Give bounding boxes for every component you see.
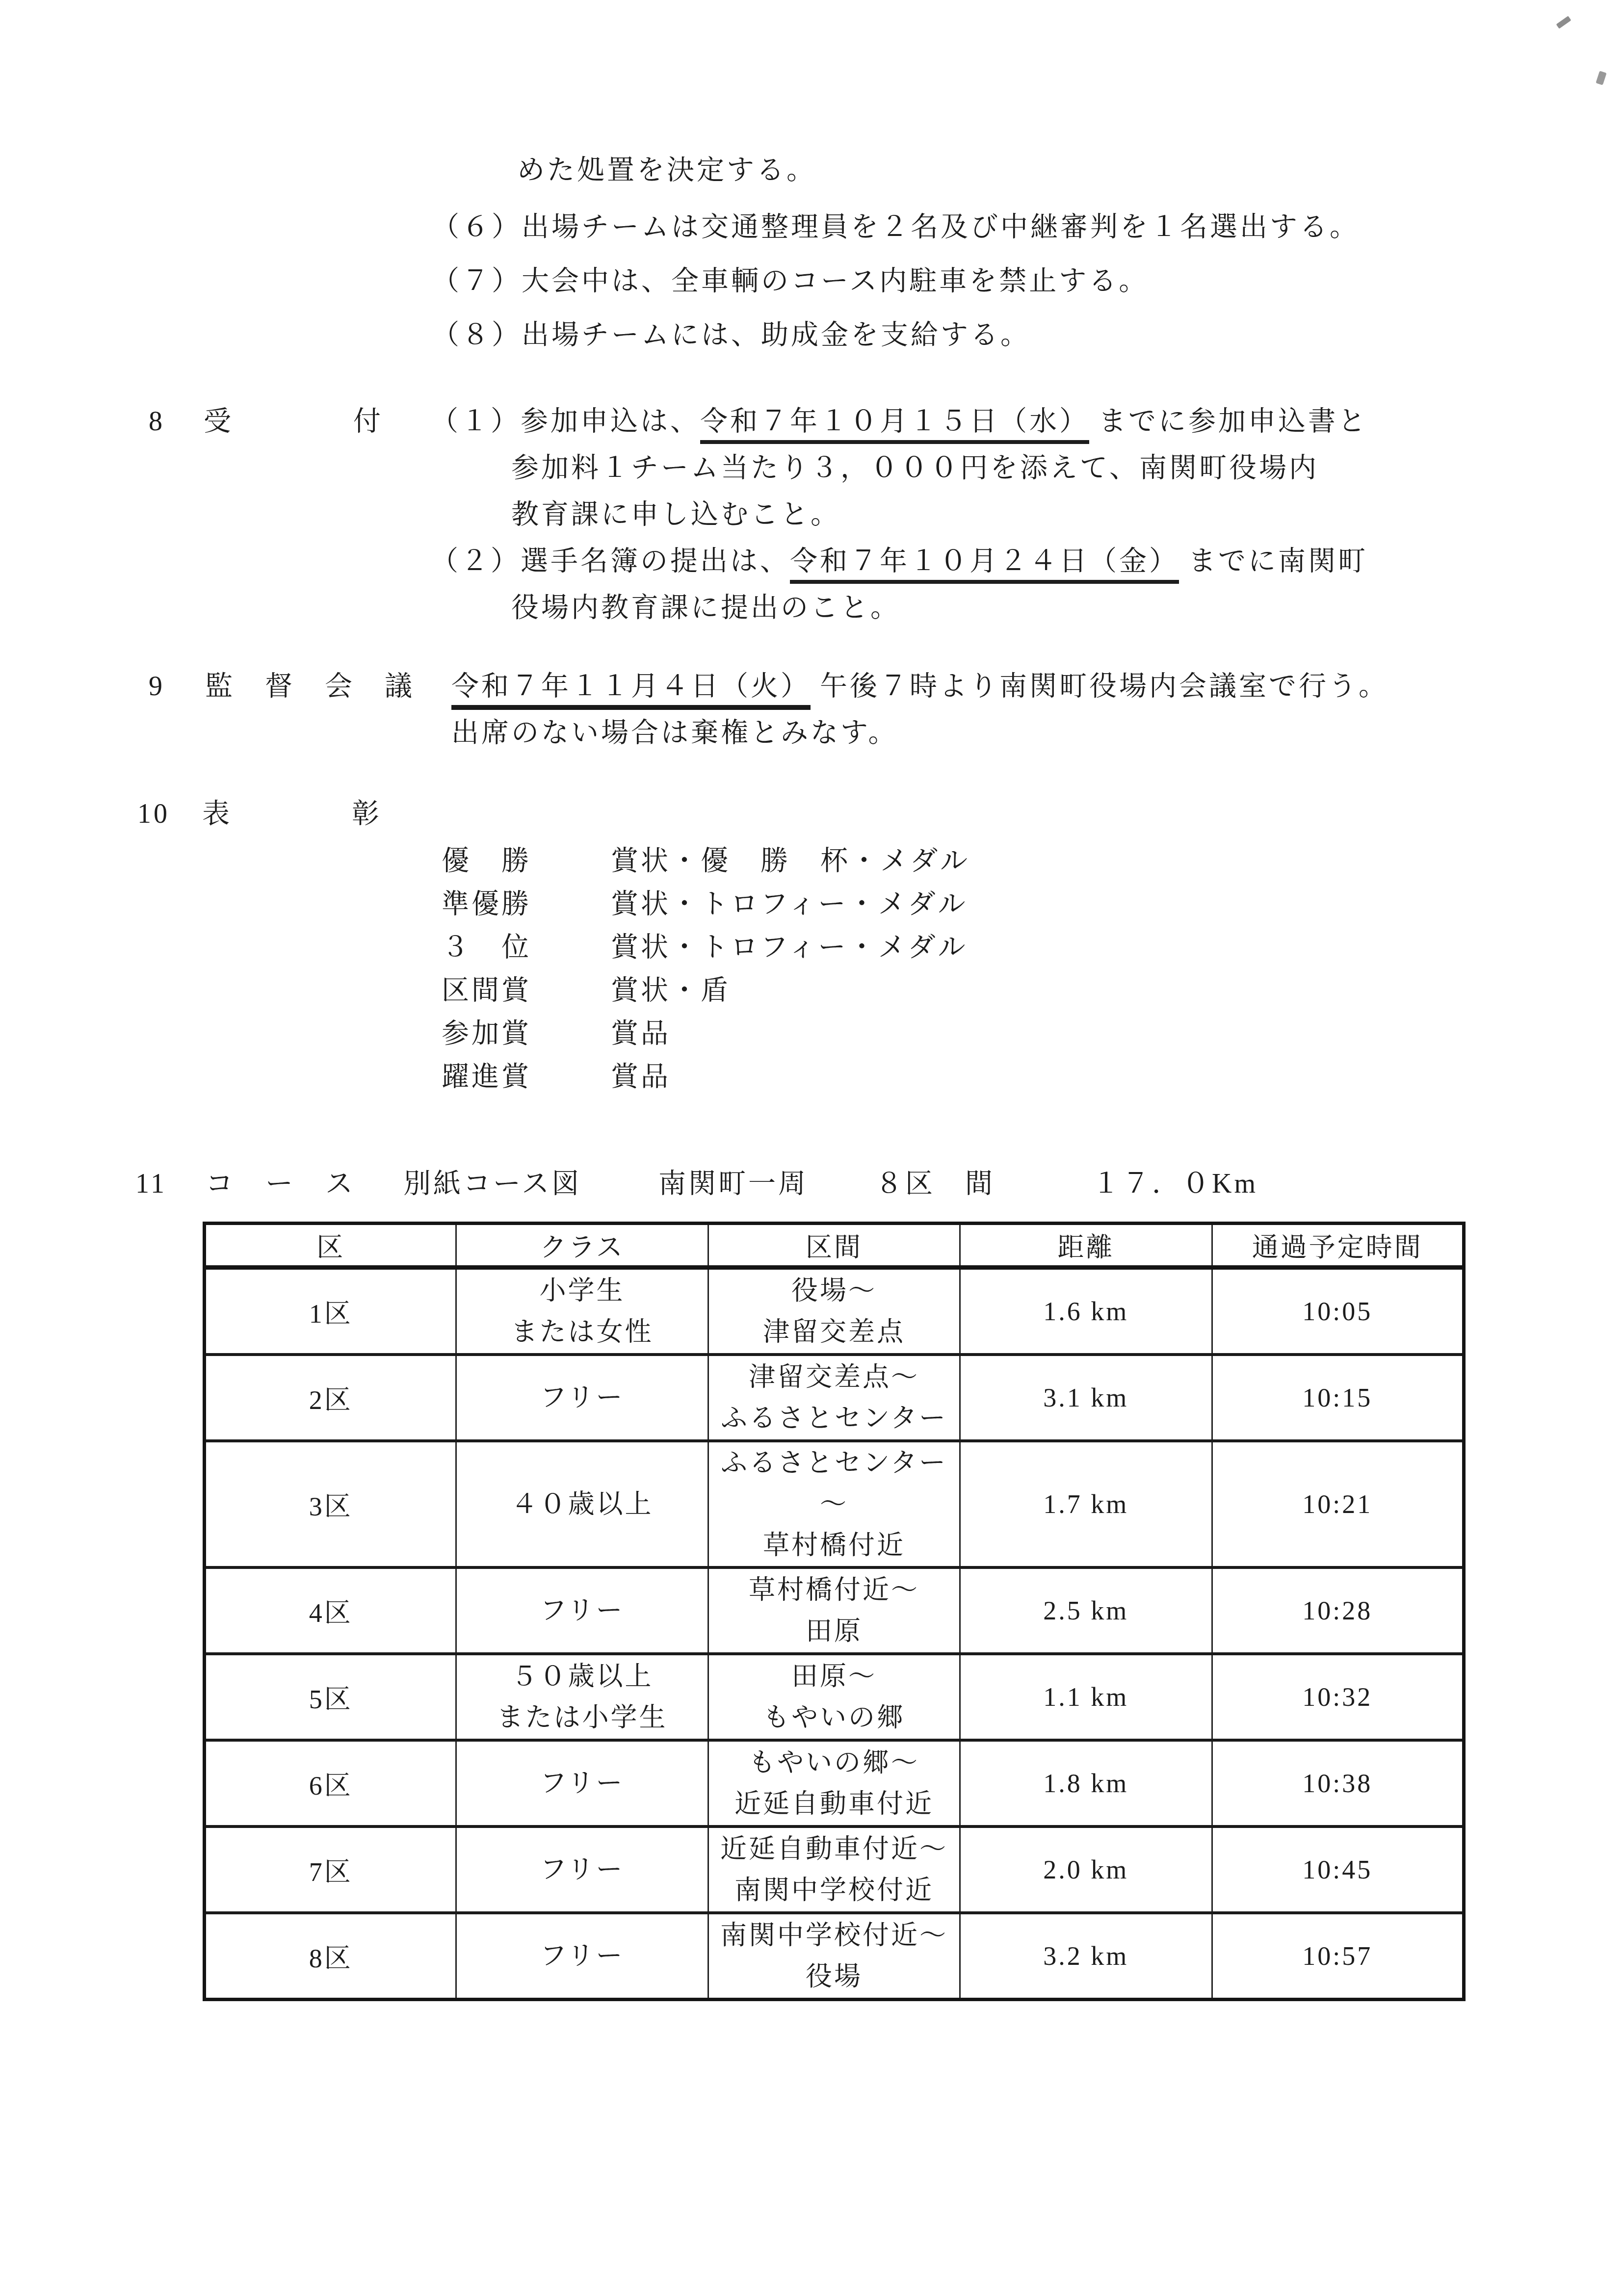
section-8-body: （１）参加申込は、令和７年１０月１５日（水） までに参加申込書と参加料１チーム当… (0, 404, 1368, 637)
segment-cell: 草村橋付近～ 田原 (708, 1567, 960, 1654)
course-total-distance: １７．０Km (1092, 1167, 1258, 1201)
course-table-row: 5区５０歳以上 または小学生田原～ もやいの郷1.1 km10:32 (205, 1654, 1464, 1740)
course-table-header-row: 区クラス区間距離通過予定時間 (205, 1224, 1464, 1268)
time-cell: 10:57 (1212, 1913, 1464, 2000)
section-11-title: コ ー ス (206, 1167, 355, 1201)
leg-cell: 3区 (205, 1441, 456, 1567)
course-table-row: 1区小学生 または女性役場～ 津留交差点1.6 km10:05 (205, 1268, 1464, 1355)
award-prize: 賞状・盾 (611, 975, 731, 1006)
time-cell: 10:05 (1212, 1268, 1464, 1355)
distance-cell: 1.7 km (960, 1441, 1212, 1567)
awards-list: 優 勝賞状・優 勝 杯・メダル準優勝賞状・トロフィー・メダル３ 位賞状・トロフィ… (442, 844, 970, 1103)
rule-item-6: （６）出場チームは交通整理員を２名及び中継審判を１名選出する。 (432, 210, 1360, 264)
course-table-row: 4区フリー草村橋付近～ 田原2.5 km10:28 (205, 1567, 1464, 1654)
line-segment: 午後７時より南関町役場内会議室で行う。 (811, 671, 1388, 702)
award-rank: 参加賞 (442, 1017, 611, 1051)
section-11-number: 11 (135, 1167, 167, 1201)
course-table-row: 7区フリー近延自動車付近～ 南関中学校付近2.0 km10:45 (205, 1826, 1464, 1913)
text-line: 参加料１チーム当たり３，０００円を添えて、南関町役場内 (511, 451, 1368, 497)
time-cell: 10:21 (1212, 1441, 1464, 1567)
segment-cell: もやいの郷～ 近延自動車付近 (708, 1740, 960, 1826)
course-map-note: 別紙コース図 (403, 1167, 581, 1201)
scan-speck (1596, 71, 1606, 85)
underlined-date: 令和７年１１月４日（火） (451, 671, 811, 710)
leg-cell: 6区 (205, 1740, 456, 1826)
leg-cell: 5区 (205, 1654, 456, 1740)
distance-cell: 3.1 km (960, 1355, 1212, 1441)
class-cell: フリー (456, 1826, 708, 1913)
distance-cell: 1.6 km (960, 1268, 1212, 1355)
time-cell: 10:45 (1212, 1826, 1464, 1913)
underlined-date: 令和７年１０月２４日（金） (790, 546, 1179, 584)
column-header-3: 区間 (708, 1224, 960, 1268)
rule-item-8: （８）出場チームには、助成金を支給する。 (432, 318, 1360, 372)
course-table-row: 8区フリー南関中学校付近～ 役場3.2 km10:57 (205, 1913, 1464, 2000)
award-rank: 区間賞 (442, 973, 611, 1008)
line-segment: （２）選手名簿の提出は、 (431, 546, 790, 576)
segment-cell: 南関中学校付近～ 役場 (708, 1913, 960, 2000)
column-header-5: 通過予定時間 (1212, 1224, 1464, 1268)
class-cell: 小学生 または女性 (456, 1268, 708, 1355)
award-row: ３ 位賞状・トロフィー・メダル (442, 930, 970, 973)
course-table-body: 1区小学生 または女性役場～ 津留交差点1.6 km10:052区フリー津留交差… (205, 1268, 1464, 2000)
line-segment: 教育課に申し込むこと。 (511, 499, 840, 530)
leg-cell: 1区 (205, 1268, 456, 1355)
award-prize: 賞状・トロフィー・メダル (611, 932, 968, 963)
column-header-4: 距離 (960, 1224, 1212, 1268)
section-9-number: 9 (149, 669, 165, 704)
award-prize: 賞品 (611, 1062, 671, 1092)
class-cell: フリー (456, 1355, 708, 1441)
leg-cell: 7区 (205, 1826, 456, 1913)
line-segment: までに南関町 (1179, 546, 1368, 576)
award-rank: ３ 位 (442, 930, 611, 965)
class-cell: フリー (456, 1567, 708, 1654)
leg-cell: 8区 (205, 1913, 456, 2000)
text-line: 令和７年１１月４日（火） 午後７時より南関町役場内会議室で行う。 (451, 669, 1388, 716)
time-cell: 10:32 (1212, 1654, 1464, 1740)
distance-cell: 1.1 km (960, 1654, 1212, 1740)
distance-cell: 2.0 km (960, 1826, 1212, 1913)
line-segment: までに参加申込書と (1089, 406, 1368, 437)
course-name: 南関町一周 (658, 1167, 808, 1201)
section-10-number: 10 (137, 797, 170, 831)
section-10-title: 表 彰 (202, 797, 382, 831)
section-9-title: 監 督 会 議 (205, 669, 415, 704)
text-line: 出席のない場合は棄権とみなす。 (451, 716, 1388, 762)
segment-cell: 役場～ 津留交差点 (708, 1268, 960, 1355)
line-segment: 出席のない場合は棄権とみなす。 (451, 718, 898, 748)
text-line: （２）選手名簿の提出は、令和７年１０月２４日（金） までに南関町 (431, 544, 1368, 591)
class-cell: ５０歳以上 または小学生 (456, 1654, 708, 1740)
time-cell: 10:15 (1212, 1355, 1464, 1441)
distance-cell: 3.2 km (960, 1913, 1212, 2000)
award-row: 参加賞賞品 (442, 1017, 970, 1060)
course-table-row: 3区４０歳以上ふるさとセンター～ 草村橋付近1.7 km10:21 (205, 1441, 1464, 1567)
text-line: （１）参加申込は、令和７年１０月１５日（水） までに参加申込書と (431, 404, 1368, 451)
award-rank: 躍進賞 (442, 1060, 611, 1094)
segment-cell: ふるさとセンター～ 草村橋付近 (708, 1441, 960, 1567)
award-prize: 賞状・トロフィー・メダル (611, 889, 968, 919)
leg-cell: 2区 (205, 1355, 456, 1441)
underlined-date: 令和７年１０月１５日（水） (700, 406, 1089, 444)
scanned-document-page: { "top_rules": { "continuation_line": "め… (0, 0, 1624, 2296)
text-line: 役場内教育課に提出のこと。 (511, 591, 1368, 637)
column-header-2: クラス (456, 1224, 708, 1268)
segment-cell: 近延自動車付近～ 南関中学校付近 (708, 1826, 960, 1913)
time-cell: 10:28 (1212, 1567, 1464, 1654)
scan-speck (1556, 16, 1572, 28)
course-table-row: 6区フリーもやいの郷～ 近延自動車付近1.8 km10:38 (205, 1740, 1464, 1826)
segment-cell: 田原～ もやいの郷 (708, 1654, 960, 1740)
rule-items-list: （６）出場チームは交通整理員を２名及び中継審判を１名選出する。（７）大会中は、全… (432, 210, 1360, 372)
rule-item-7: （７）大会中は、全車輌のコース内駐車を禁止する。 (432, 264, 1360, 318)
line-segment: 参加料１チーム当たり３，０００円を添えて、南関町役場内 (511, 453, 1319, 483)
award-prize: 賞状・優 勝 杯・メダル (611, 846, 970, 876)
course-table-header: 区クラス区間距離通過予定時間 (205, 1224, 1464, 1268)
award-rank: 優 勝 (442, 844, 611, 878)
award-row: 躍進賞賞品 (442, 1060, 970, 1103)
award-row: 優 勝賞状・優 勝 杯・メダル (442, 844, 970, 887)
course-table-row: 2区フリー津留交差点～ ふるさとセンター3.1 km10:15 (205, 1355, 1464, 1441)
distance-cell: 1.8 km (960, 1740, 1212, 1826)
segment-cell: 津留交差点～ ふるさとセンター (708, 1355, 960, 1441)
award-row: 準優勝賞状・トロフィー・メダル (442, 887, 970, 930)
award-row: 区間賞賞状・盾 (442, 973, 970, 1017)
leg-cell: 4区 (205, 1567, 456, 1654)
award-prize: 賞品 (611, 1018, 671, 1049)
line-segment: （１）参加申込は、 (431, 406, 700, 437)
class-cell: フリー (456, 1913, 708, 2000)
award-rank: 準優勝 (442, 887, 611, 921)
class-cell: フリー (456, 1740, 708, 1826)
class-cell: ４０歳以上 (456, 1441, 708, 1567)
course-legs-count: ８区 間 (875, 1167, 995, 1201)
rule-continuation-line: めた処置を決定する。 (517, 153, 816, 187)
section-9-body: 令和７年１１月４日（火） 午後７時より南関町役場内会議室で行う。出席のない場合は… (451, 669, 1388, 762)
course-table: 区クラス区間距離通過予定時間 1区小学生 または女性役場～ 津留交差点1.6 k… (203, 1222, 1466, 2001)
line-segment: 役場内教育課に提出のこと。 (511, 593, 900, 623)
column-header-1: 区 (205, 1224, 456, 1268)
time-cell: 10:38 (1212, 1740, 1464, 1826)
text-line: 教育課に申し込むこと。 (511, 497, 1368, 544)
distance-cell: 2.5 km (960, 1567, 1212, 1654)
